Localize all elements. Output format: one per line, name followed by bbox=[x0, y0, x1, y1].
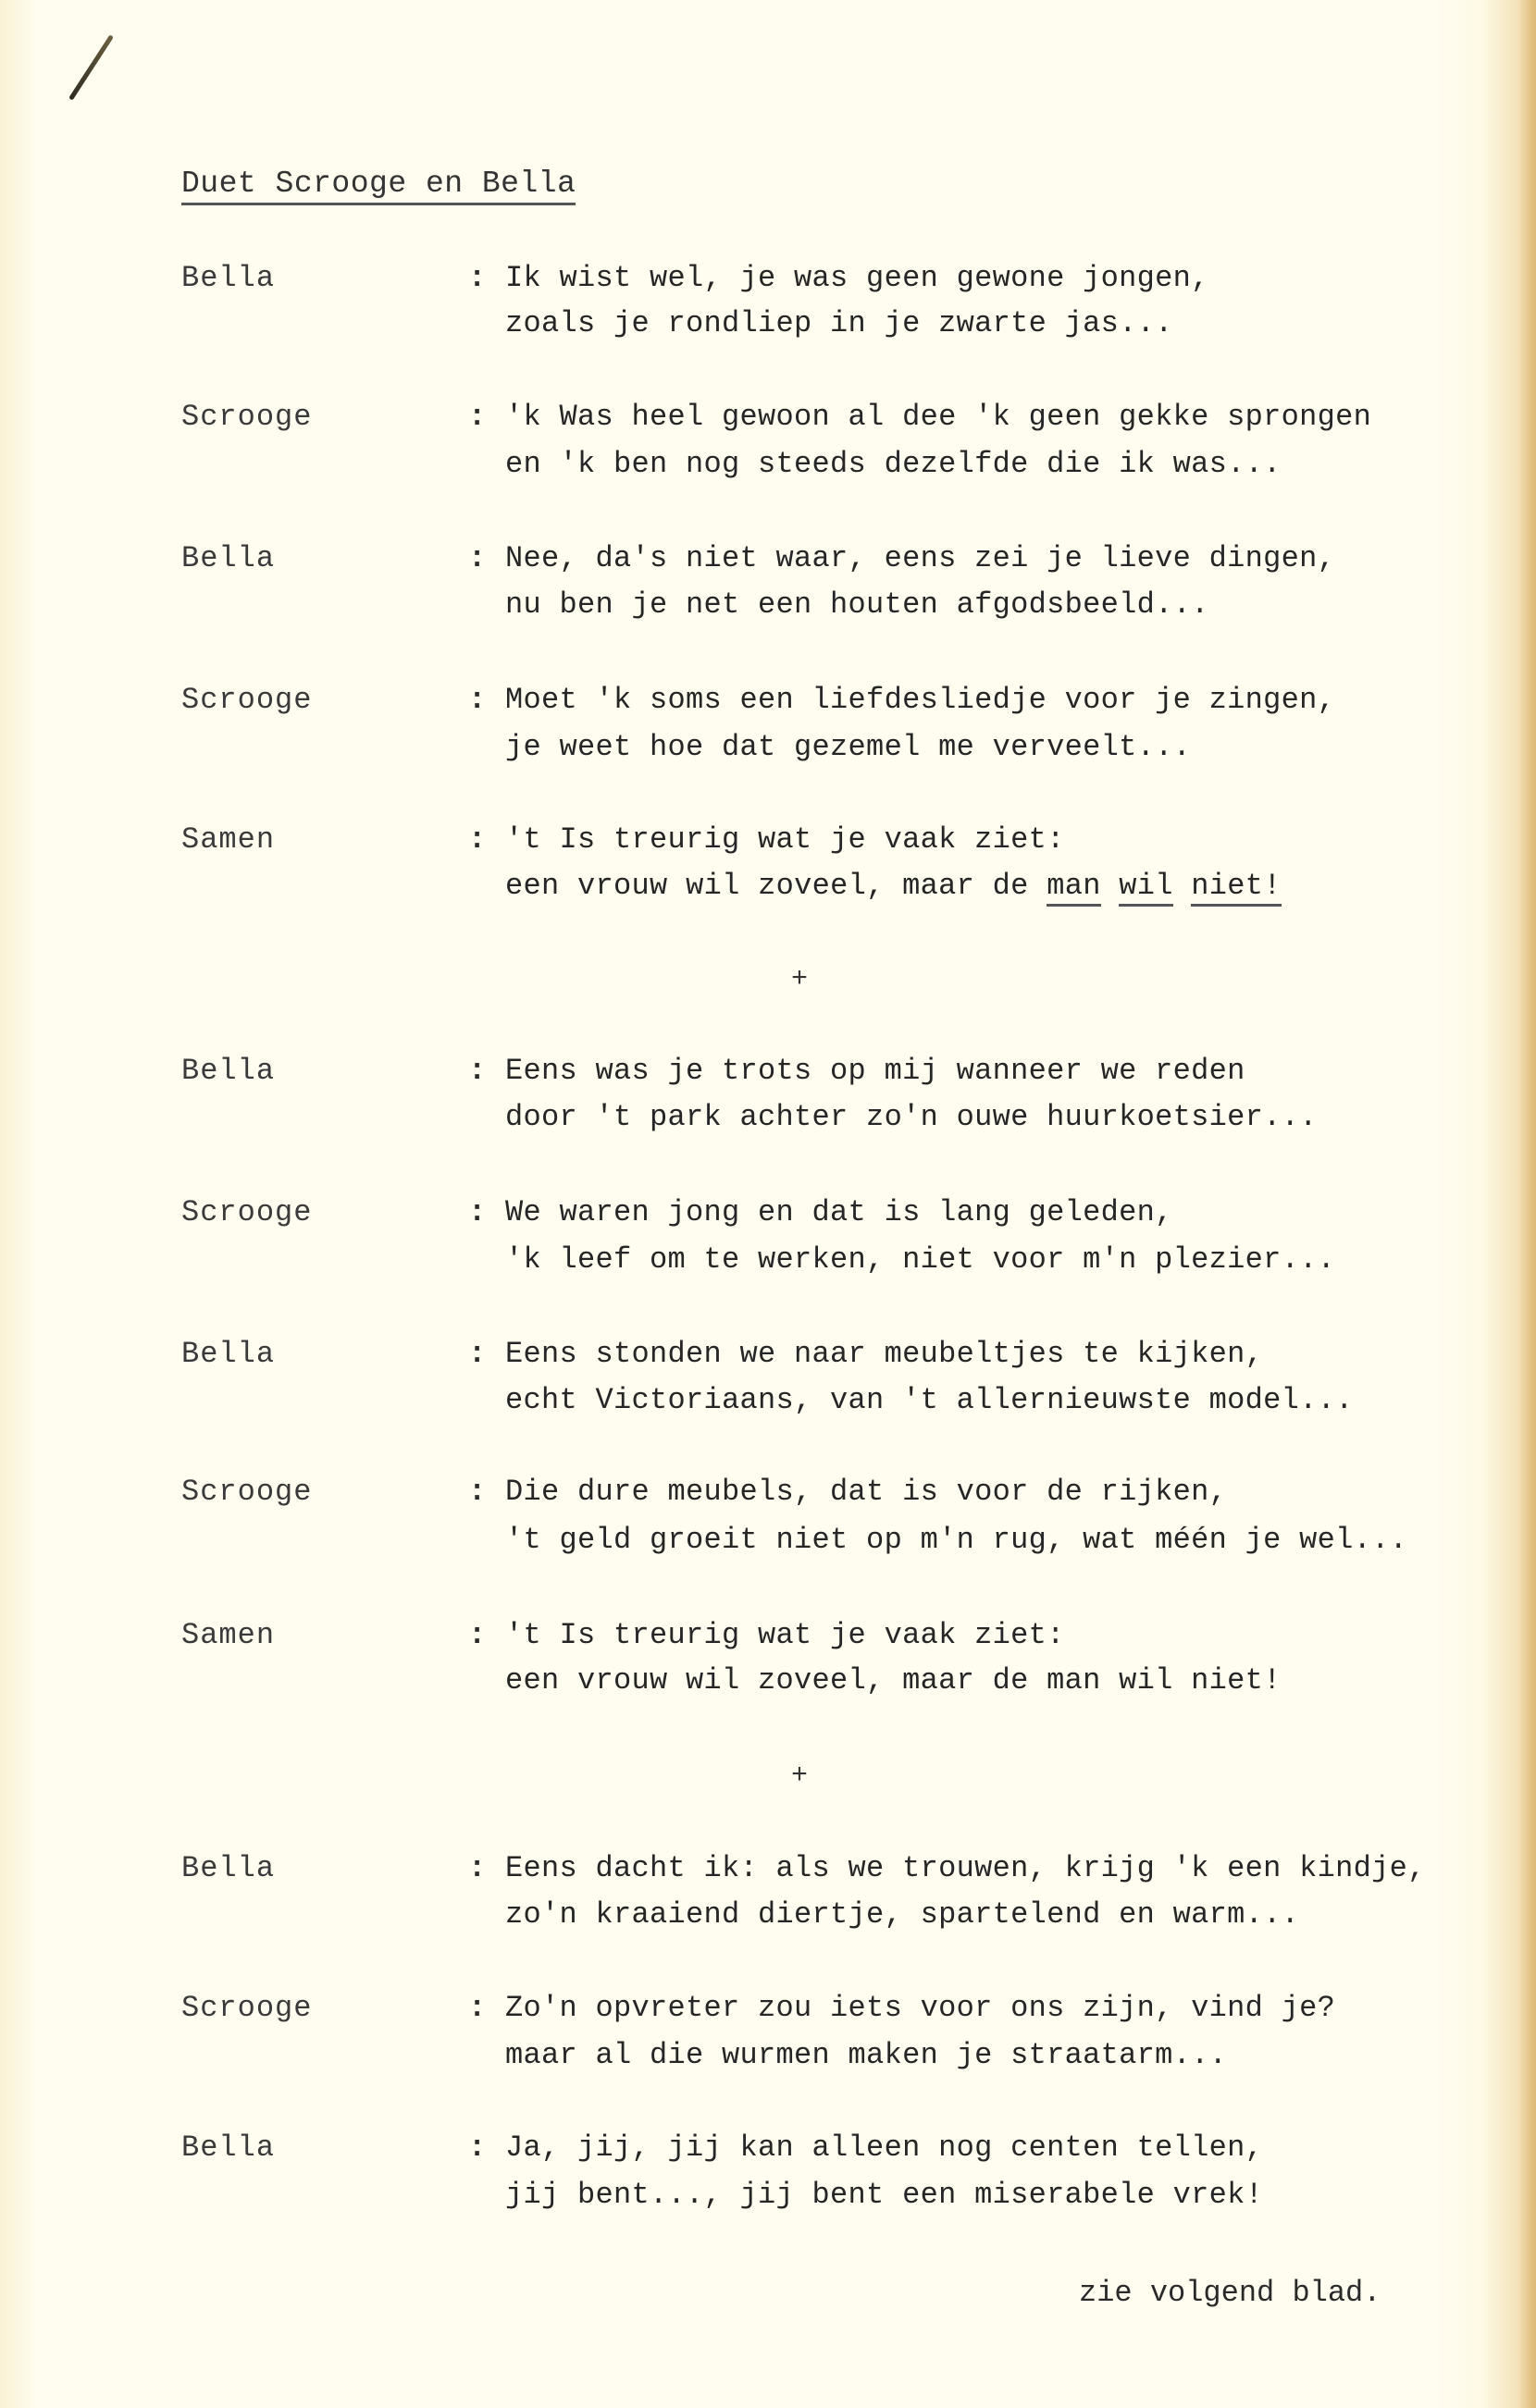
lyric-line: nu ben je net een houten afgodsbeeld... bbox=[505, 587, 1209, 622]
speaker-colon: : bbox=[468, 261, 486, 295]
speaker-name: Scrooge bbox=[181, 1195, 312, 1229]
lyric-line: Zo'n opvreter zou iets voor ons zijn, vi… bbox=[505, 1991, 1335, 2025]
lyric-line-underlined: een vrouw wil zoveel, maar de man wil ni… bbox=[505, 869, 1282, 903]
speaker-colon: : bbox=[468, 1054, 486, 1088]
speaker-colon: : bbox=[468, 1475, 486, 1509]
speaker-name: Bella bbox=[181, 1337, 275, 1371]
lyric-line: Ik wist wel, je was geen gewone jongen, bbox=[505, 261, 1209, 295]
speaker-colon: : bbox=[468, 400, 486, 434]
speaker-name: Bella bbox=[181, 1851, 275, 1885]
lyric-line: 'k Was heel gewoon al dee 'k geen gekke … bbox=[505, 400, 1371, 434]
lyric-line: We waren jong en dat is lang geleden, bbox=[505, 1195, 1173, 1229]
speaker-colon: : bbox=[468, 1337, 486, 1371]
section-separator: + bbox=[791, 1760, 808, 1792]
speaker-name: Samen bbox=[181, 822, 275, 857]
lyric-line: Eens was je trots op mij wanneer we rede… bbox=[505, 1054, 1245, 1088]
lyric-line: Eens stonden we naar meubeltjes te kijke… bbox=[505, 1337, 1263, 1371]
lyric-line: Eens dacht ik: als we trouwen, krijg 'k … bbox=[505, 1851, 1426, 1885]
lyric-line: Ja, jij, jij kan alleen nog centen telle… bbox=[505, 2130, 1263, 2165]
typewritten-page: Duet Scrooge en Bella Bella : Ik wist we… bbox=[0, 0, 1536, 2408]
speaker-name: Scrooge bbox=[181, 400, 312, 434]
speaker-colon: : bbox=[468, 683, 486, 717]
speaker-name: Scrooge bbox=[181, 1475, 312, 1509]
lyric-line: 't Is treurig wat je vaak ziet: bbox=[505, 1618, 1065, 1652]
speaker-name: Bella bbox=[181, 541, 275, 575]
speaker-name: Samen bbox=[181, 1618, 275, 1652]
speaker-colon: : bbox=[468, 1618, 486, 1652]
lyric-line: en 'k ben nog steeds dezelfde die ik was… bbox=[505, 447, 1282, 481]
lyric-line: 't geld groeit niet op m'n rug, wat méén… bbox=[505, 1523, 1407, 1557]
lyric-line: jij bent..., jij bent een miserabele vre… bbox=[505, 2178, 1263, 2212]
lyric-line: Moet 'k soms een liefdesliedje voor je z… bbox=[505, 683, 1335, 717]
lyric-line: zo'n kraaiend diertje, spartelend en war… bbox=[505, 1897, 1299, 1932]
speaker-name: Bella bbox=[181, 2130, 275, 2165]
speaker-colon: : bbox=[468, 1195, 486, 1229]
lyric-line: echt Victoriaans, van 't allernieuwste m… bbox=[505, 1383, 1354, 1417]
page-title: Duet Scrooge en Bella bbox=[181, 167, 576, 205]
lyric-line: 't Is treurig wat je vaak ziet: bbox=[505, 822, 1065, 857]
lyric-line: 'k leef om te werken, niet voor m'n plez… bbox=[505, 1242, 1335, 1277]
speaker-name: Bella bbox=[181, 261, 275, 295]
lyric-line: door 't park achter zo'n ouwe huurkoetsi… bbox=[505, 1100, 1318, 1134]
lyric-line: maar al die wurmen maken je straatarm... bbox=[505, 2038, 1227, 2072]
speaker-name: Scrooge bbox=[181, 1991, 312, 2025]
lyric-line: je weet hoe dat gezemel me verveelt... bbox=[505, 730, 1191, 764]
speaker-colon: : bbox=[468, 1851, 486, 1885]
speaker-colon: : bbox=[468, 822, 486, 857]
speaker-name: Scrooge bbox=[181, 683, 312, 717]
pen-slash-mark bbox=[68, 34, 114, 100]
section-separator: + bbox=[791, 964, 808, 995]
underlined-word: wil bbox=[1119, 869, 1173, 907]
lyric-line: zoals je rondliep in je zwarte jas... bbox=[505, 306, 1173, 340]
continuation-note: zie volgend blad. bbox=[1079, 2276, 1381, 2310]
underlined-word: man bbox=[1047, 869, 1101, 907]
lyric-line: Die dure meubels, dat is voor de rijken, bbox=[505, 1475, 1227, 1509]
speaker-name: Bella bbox=[181, 1054, 275, 1088]
speaker-colon: : bbox=[468, 2130, 486, 2165]
underlined-word: niet! bbox=[1191, 869, 1282, 907]
speaker-colon: : bbox=[468, 541, 486, 575]
lyric-line: Nee, da's niet waar, eens zei je lieve d… bbox=[505, 541, 1335, 575]
lyric-line: een vrouw wil zoveel, maar de man wil ni… bbox=[505, 1663, 1282, 1698]
speaker-colon: : bbox=[468, 1991, 486, 2025]
